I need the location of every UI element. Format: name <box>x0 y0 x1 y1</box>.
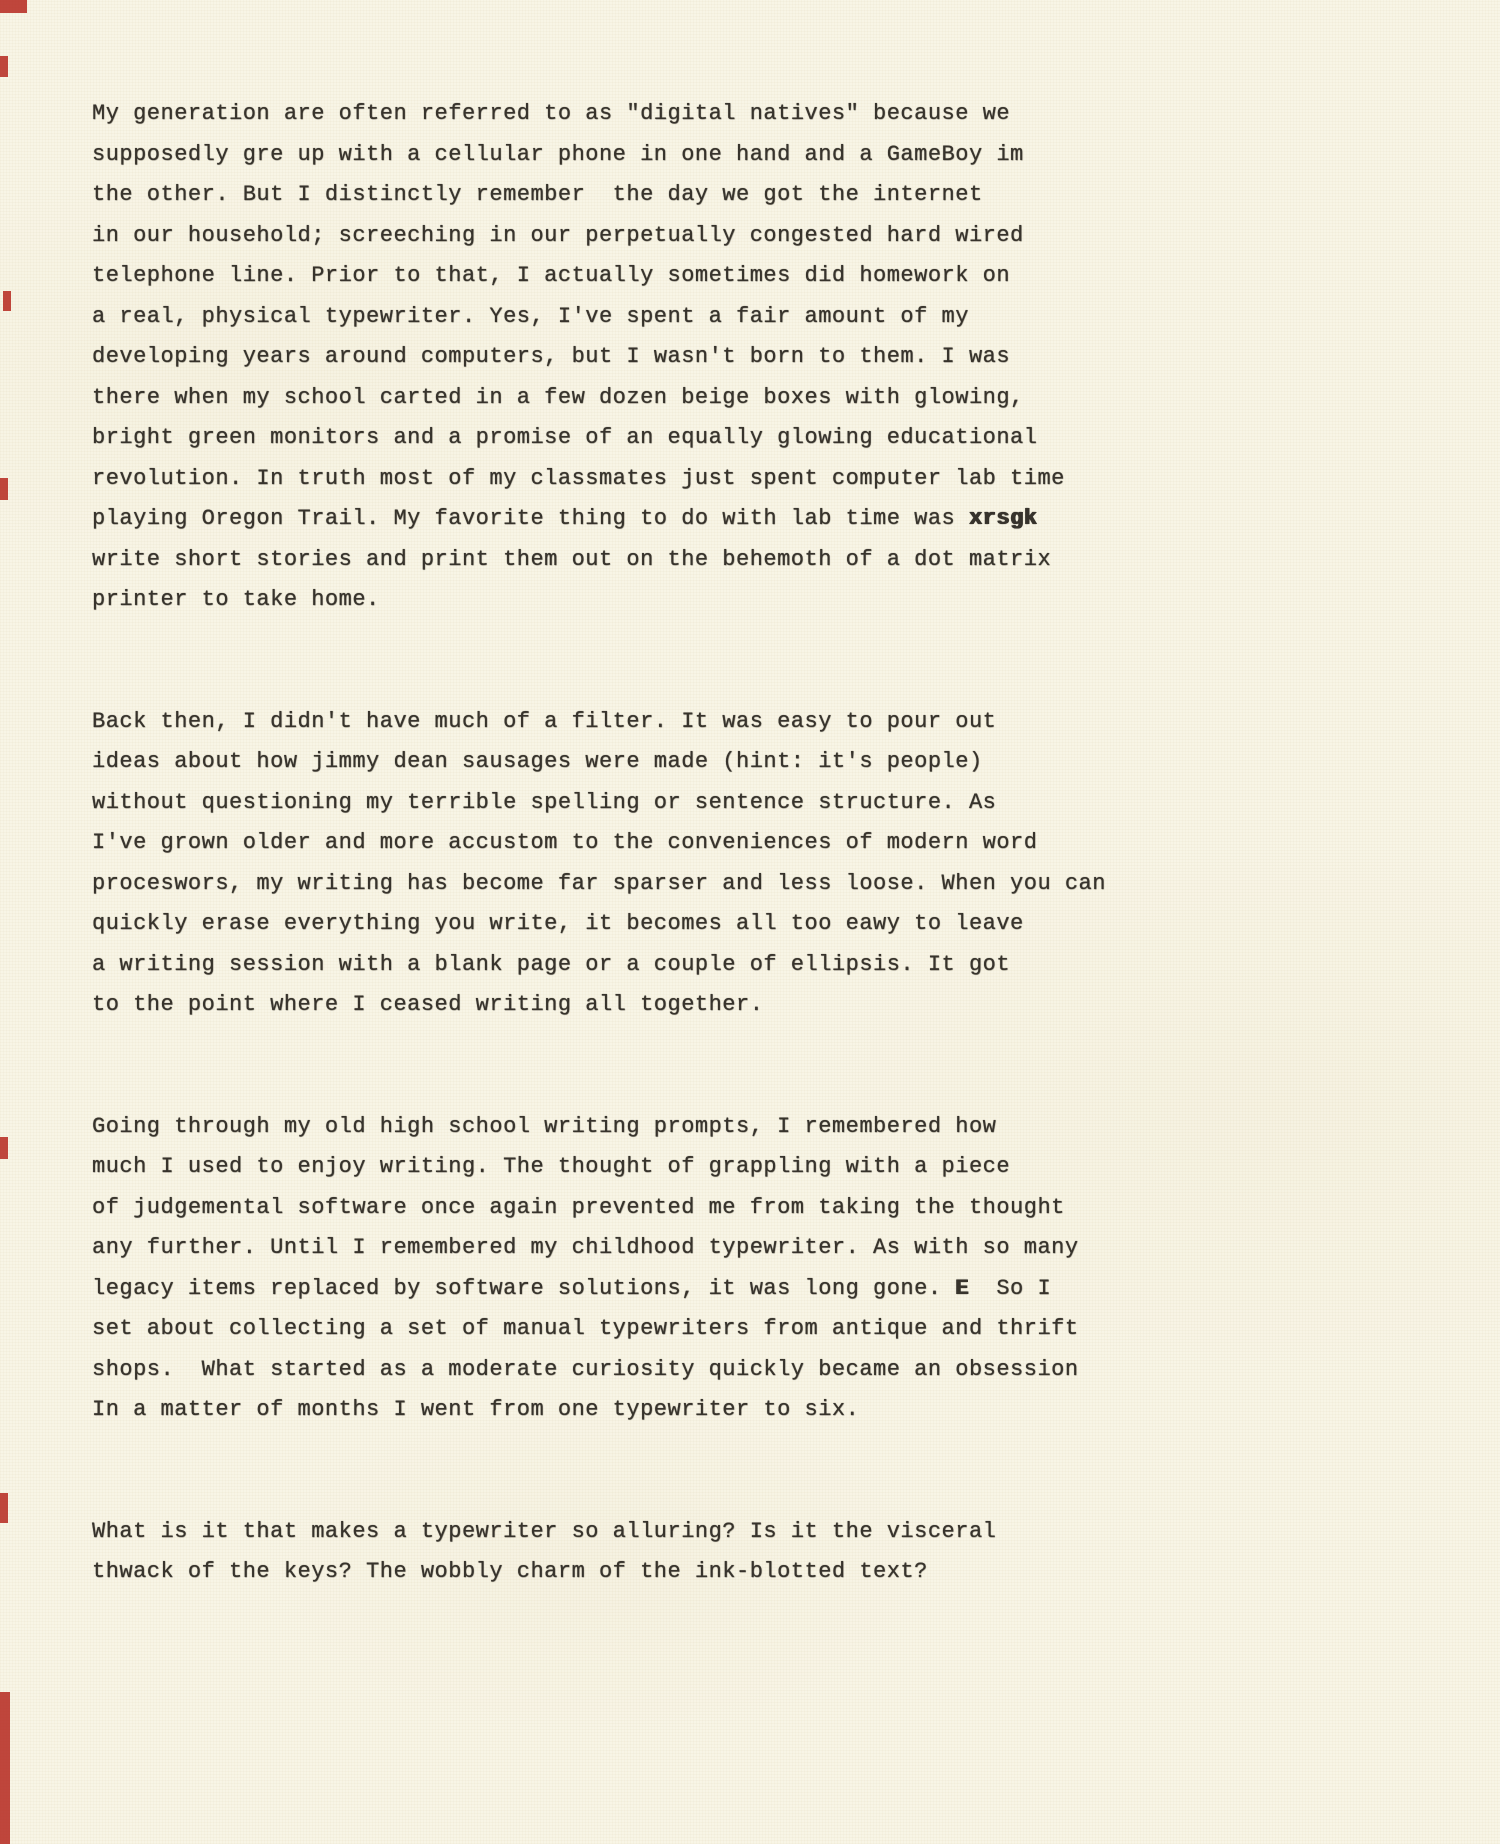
text-segment: playing Oregon Trail. My favorite thing … <box>92 506 969 531</box>
text-line: the other. But I distinctly remember the… <box>92 175 1242 216</box>
text-line-with-overstrike: playing Oregon Trail. My favorite thing … <box>92 499 1242 540</box>
text-line: quickly erase everything you write, it b… <box>92 904 1242 945</box>
scan-edge-mark <box>0 1692 10 1844</box>
text-line: thwack of the keys? The wobbly charm of … <box>92 1552 1242 1593</box>
text-line: to the point where I ceased writing all … <box>92 985 1242 1026</box>
paragraph-digital-natives: My generation are often referred to as "… <box>92 94 1242 621</box>
text-line: revolution. In truth most of my classmat… <box>92 459 1242 500</box>
text-line: supposedly gre up with a cellular phone … <box>92 135 1242 176</box>
scan-edge-mark <box>0 478 8 500</box>
text-line: bright green monitors and a promise of a… <box>92 418 1242 459</box>
text-line: I've grown older and more accustom to th… <box>92 823 1242 864</box>
scan-edge-mark <box>0 56 8 77</box>
scan-edge-mark <box>3 291 11 311</box>
text-line: there when my school carted in a few doz… <box>92 378 1242 419</box>
text-line: In a matter of months I went from one ty… <box>92 1390 1242 1431</box>
text-line-with-overstrike: legacy items replaced by software soluti… <box>92 1269 1242 1310</box>
text-line: a writing session with a blank page or a… <box>92 945 1242 986</box>
text-line: Going through my old high school writing… <box>92 1107 1242 1148</box>
text-line: a real, physical typewriter. Yes, I've s… <box>92 297 1242 338</box>
text-line: ideas about how jimmy dean sausages were… <box>92 742 1242 783</box>
text-segment: So I <box>969 1276 1051 1301</box>
paragraph-writing-prompts: Going through my old high school writing… <box>92 1107 1242 1431</box>
text-line: any further. Until I remembered my child… <box>92 1228 1242 1269</box>
paragraph-alluring-question: What is it that makes a typewriter so al… <box>92 1512 1242 1593</box>
text-line: My generation are often referred to as "… <box>92 94 1242 135</box>
text-line: in our household; screeching in our perp… <box>92 216 1242 257</box>
text-line: much I used to enjoy writing. The though… <box>92 1147 1242 1188</box>
typewritten-page: My generation are often referred to as "… <box>0 0 1500 1844</box>
typed-text-block: My generation are often referred to as "… <box>92 94 1242 1593</box>
text-line: shops. What started as a moderate curios… <box>92 1350 1242 1391</box>
text-line: without questioning my terrible spelling… <box>92 783 1242 824</box>
text-line: proceswors, my writing has become far sp… <box>92 864 1242 905</box>
paragraph-no-filter: Back then, I didn't have much of a filte… <box>92 702 1242 1026</box>
scan-edge-mark <box>0 1493 8 1523</box>
text-line: telephone line. Prior to that, I actuall… <box>92 256 1242 297</box>
text-line: write short stories and print them out o… <box>92 540 1242 581</box>
text-line: of judgemental software once again preve… <box>92 1188 1242 1229</box>
scan-edge-mark <box>0 0 27 13</box>
text-line: printer to take home. <box>92 580 1242 621</box>
overstruck-typo: xrsgk <box>969 506 1038 531</box>
text-line: Back then, I didn't have much of a filte… <box>92 702 1242 743</box>
overstruck-typo: E <box>955 1276 969 1301</box>
text-line: What is it that makes a typewriter so al… <box>92 1512 1242 1553</box>
scan-edge-mark <box>0 1137 8 1159</box>
text-segment: legacy items replaced by software soluti… <box>92 1276 955 1301</box>
text-line: developing years around computers, but I… <box>92 337 1242 378</box>
text-line: set about collecting a set of manual typ… <box>92 1309 1242 1350</box>
